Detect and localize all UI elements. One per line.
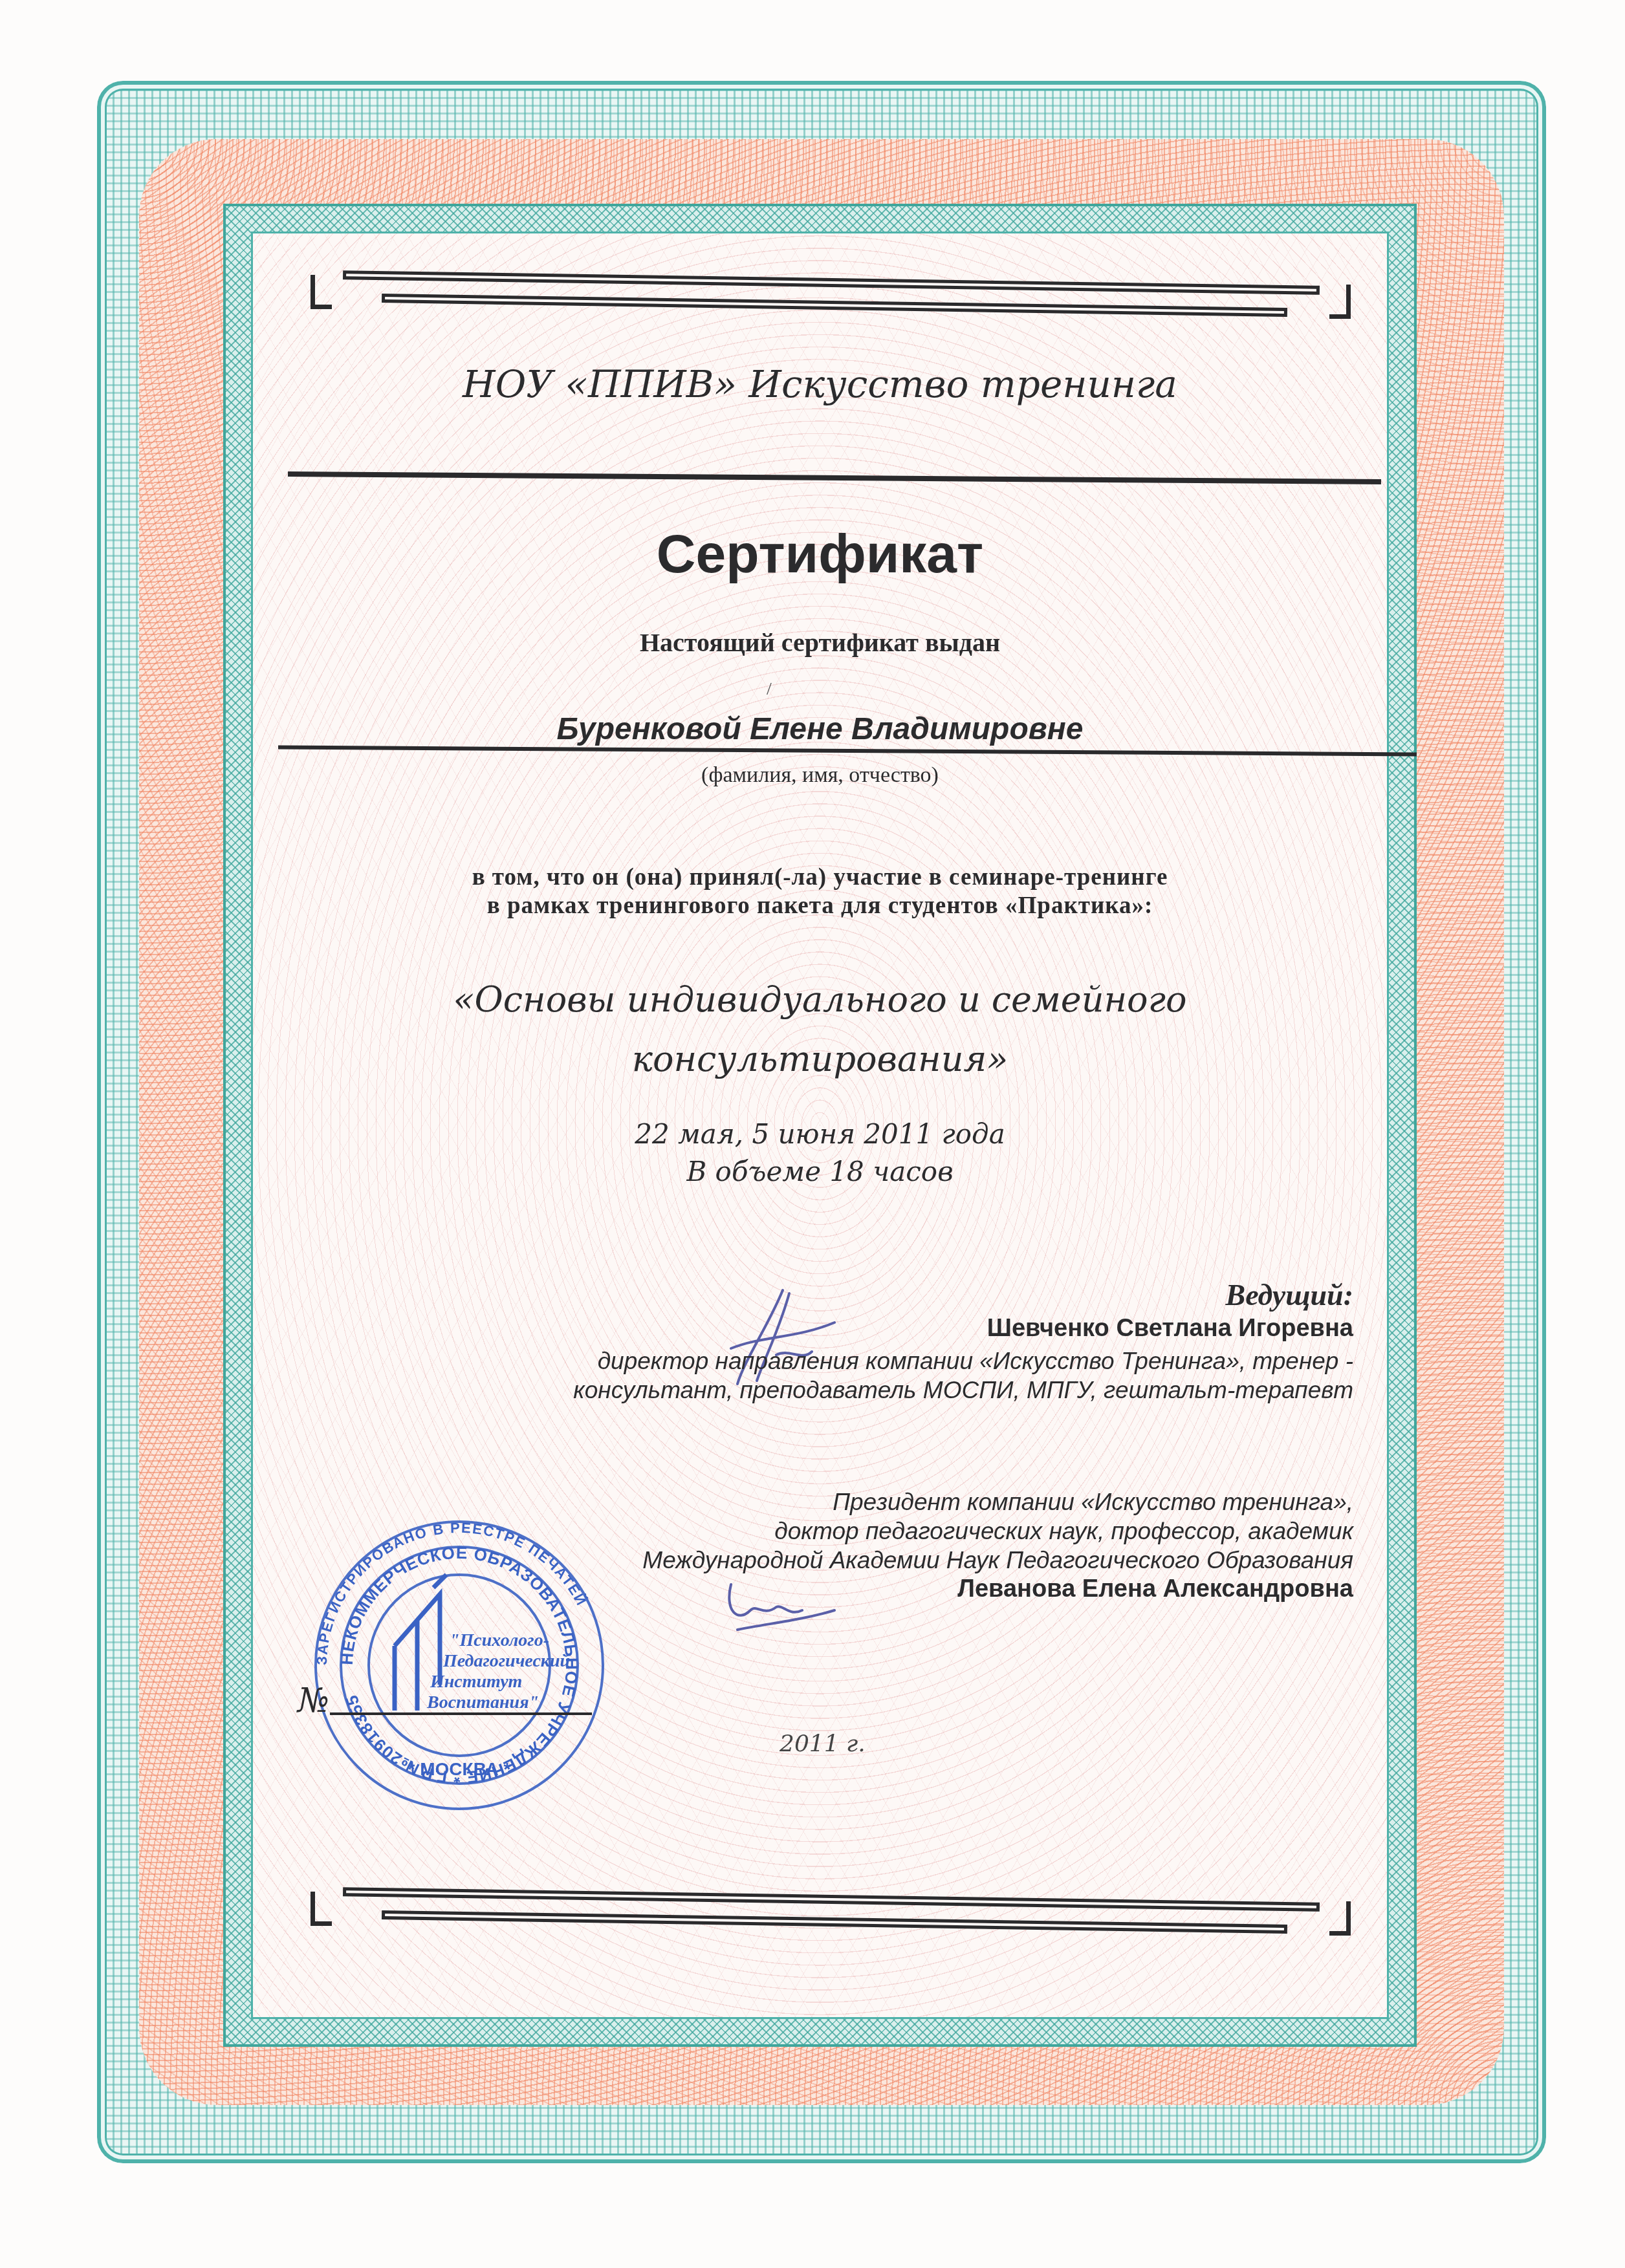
ornament-bar — [382, 1910, 1287, 1934]
institute-name: НОУ «ППИВ» Искусство тренинга — [251, 362, 1389, 406]
course-title-line: «Основы индивидуального и семейного — [251, 970, 1389, 1030]
ornament-hook-right — [1329, 1901, 1351, 1936]
president-title: Президент компании «Искусство тренинга»,… — [642, 1487, 1353, 1575]
svg-text:Институт: Институт — [430, 1672, 522, 1692]
volume-text: В объеме 18 часов — [251, 1153, 1389, 1191]
issued-to-label: Настоящий сертификат выдан — [251, 627, 1389, 658]
lead-label: Ведущий: — [1226, 1280, 1353, 1310]
participation-text: в том, что он (она) принял(-ла) участие … — [251, 863, 1389, 920]
certificate-number-line — [330, 1712, 592, 1715]
president-line: Международной Академии Наук Педагогическ… — [642, 1546, 1353, 1575]
ornament-hook-left — [311, 1892, 332, 1926]
svg-text:* МОСКВА *: * МОСКВА * — [408, 1759, 511, 1779]
certificate-number-label: № — [298, 1681, 329, 1720]
participation-line: в рамках тренингового пакета для студент… — [251, 892, 1389, 920]
issue-year: 2011 г. — [780, 1731, 866, 1757]
lead-desc-line: директор направления компании «Искусство… — [573, 1346, 1353, 1376]
institute-stamp: ЗАРЕГИСТРИРОВАНО В РЕЕСТРЕ ПЕЧАТЕЙ НЕКОМ… — [298, 1517, 621, 1814]
svg-text:Воспитания": Воспитания" — [426, 1692, 539, 1712]
ornament-bar — [343, 270, 1320, 295]
president-line: доктор педагогических наук, профессор, а… — [642, 1517, 1353, 1546]
ornament-hook-right — [1329, 285, 1351, 319]
lead-name: Шевченко Светлана Игоревна — [987, 1314, 1353, 1343]
ornament-hook-left — [311, 275, 332, 309]
course-title: «Основы индивидуального и семейного конс… — [251, 970, 1389, 1089]
top-ornament — [304, 259, 1352, 330]
recipient-name: Буренковой Елене Владимировне — [251, 711, 1389, 747]
bottom-ornament — [304, 1875, 1352, 1947]
ornament-bar — [382, 294, 1287, 317]
name-caption: (фамилия, имя, отчество) — [251, 763, 1389, 788]
president-line: Президент компании «Искусство тренинга», — [642, 1487, 1353, 1517]
pen-mark: / — [767, 679, 772, 700]
lead-desc-line: консультант, преподаватель МОСПИ, МПГУ, … — [573, 1376, 1353, 1405]
course-title-line: консультирования» — [251, 1030, 1389, 1089]
ornament-bar — [343, 1887, 1320, 1912]
svg-text:"Психолого-: "Психолого- — [450, 1630, 549, 1650]
dates-text: 22 мая, 5 июня 2011 года — [251, 1116, 1389, 1153]
participation-line: в том, что он (она) принял(-ла) участие … — [251, 863, 1389, 892]
lead-description: директор направления компании «Искусство… — [573, 1346, 1353, 1405]
course-dates: 22 мая, 5 июня 2011 года В объеме 18 час… — [251, 1116, 1389, 1191]
svg-text:Педагогический: Педагогический — [442, 1651, 570, 1671]
certificate-title: Сертификат — [251, 523, 1389, 585]
president-signature — [718, 1571, 841, 1636]
president-name: Леванова Елена Александровна — [957, 1575, 1353, 1604]
